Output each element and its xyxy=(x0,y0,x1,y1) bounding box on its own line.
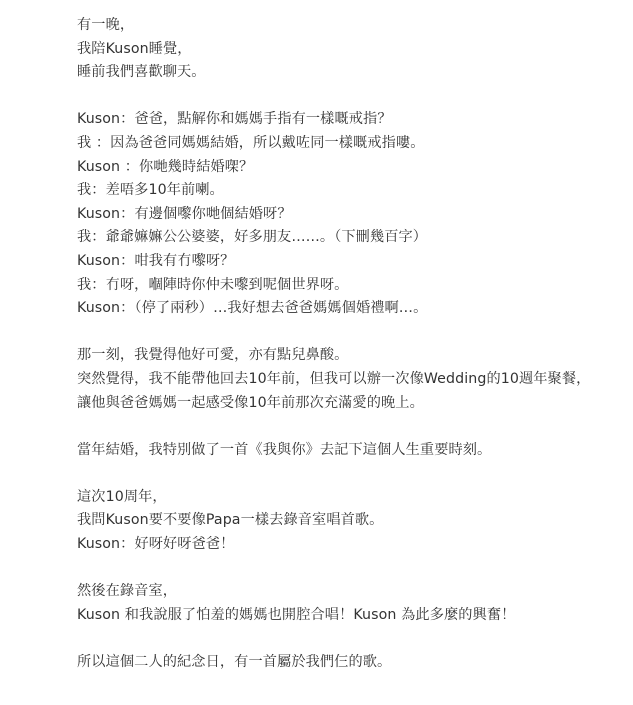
paragraph-dialogue: Kuson：爸爸，點解你和媽媽手指有一樣嘅戒指？ 我 ：因為爸爸同媽媽結婚，所以… xyxy=(77,108,633,320)
text-line: 我問Kuson要不要像Papa一樣去錄音室唱首歌。 xyxy=(77,509,633,533)
text-line: 所以這個二人的紀念日，有一首屬於我們仨的歌。 xyxy=(77,651,633,675)
dialogue-line: 我：冇呀，嗰陣時你仲未嚟到呢個世界呀。 xyxy=(77,274,633,298)
dialogue-line: Kuson：有邊個嚟你哋個結婚呀？ xyxy=(77,203,633,227)
dialogue-line: Kuson ：你哋幾時結婚㗎？ xyxy=(77,156,633,180)
text-line: 突然覺得，我不能帶他回去10年前，但我可以辦一次像Wedding的10週年聚餐， xyxy=(77,368,633,392)
paragraph-intro: 有一晚， 我陪Kuson睡覺， 睡前我們喜歡聊天。 xyxy=(77,14,633,85)
text-line: Kuson：好呀好呀爸爸！ xyxy=(77,533,633,557)
dialogue-line: Kuson：（停了兩秒）…我好想去爸爸媽媽個婚禮啊…。 xyxy=(77,297,633,321)
text-line: Kuson 和我說服了怕羞的媽媽也開腔合唱！Kuson 為此多麼的興奮！ xyxy=(77,604,633,628)
dialogue-line: 我：爺爺嫲嫲公公婆婆，好多朋友……。（下刪幾百字） xyxy=(77,226,633,250)
text-line: 我陪Kuson睡覺， xyxy=(77,38,633,62)
text-line: 當年結婚，我特別做了一首《我與你》去記下這個人生重要時刻。 xyxy=(77,439,633,463)
article-body: 有一晚， 我陪Kuson睡覺， 睡前我們喜歡聊天。 Kuson：爸爸，點解你和媽… xyxy=(77,14,633,698)
text-line: 那一刻，我覺得他好可愛，亦有點兒鼻酸。 xyxy=(77,344,633,368)
text-line: 讓他與爸爸媽媽一起感受像10年前那次充滿愛的晚上。 xyxy=(77,392,633,416)
text-line: 睡前我們喜歡聊天。 xyxy=(77,61,633,85)
dialogue-line: 我：差唔多10年前喇。 xyxy=(77,179,633,203)
paragraph-song-history: 當年結婚，我特別做了一首《我與你》去記下這個人生重要時刻。 xyxy=(77,439,633,463)
paragraph-studio: 然後在錄音室， Kuson 和我說服了怕羞的媽媽也開腔合唱！Kuson 為此多麼… xyxy=(77,580,633,627)
text-line: 有一晚， xyxy=(77,14,633,38)
paragraph-conclusion: 所以這個二人的紀念日，有一首屬於我們仨的歌。 xyxy=(77,651,633,675)
dialogue-line: Kuson：咁我有冇嚟呀？ xyxy=(77,250,633,274)
paragraph-anniversary: 這次10周年， 我問Kuson要不要像Papa一樣去錄音室唱首歌。 Kuson：… xyxy=(77,486,633,557)
dialogue-line: 我 ：因為爸爸同媽媽結婚，所以戴咗同一樣嘅戒指嘍。 xyxy=(77,132,633,156)
text-line: 然後在錄音室， xyxy=(77,580,633,604)
dialogue-line: Kuson：爸爸，點解你和媽媽手指有一樣嘅戒指？ xyxy=(77,108,633,132)
text-line: 這次10周年， xyxy=(77,486,633,510)
paragraph-reflection: 那一刻，我覺得他好可愛，亦有點兒鼻酸。 突然覺得，我不能帶他回去10年前，但我可… xyxy=(77,344,633,415)
